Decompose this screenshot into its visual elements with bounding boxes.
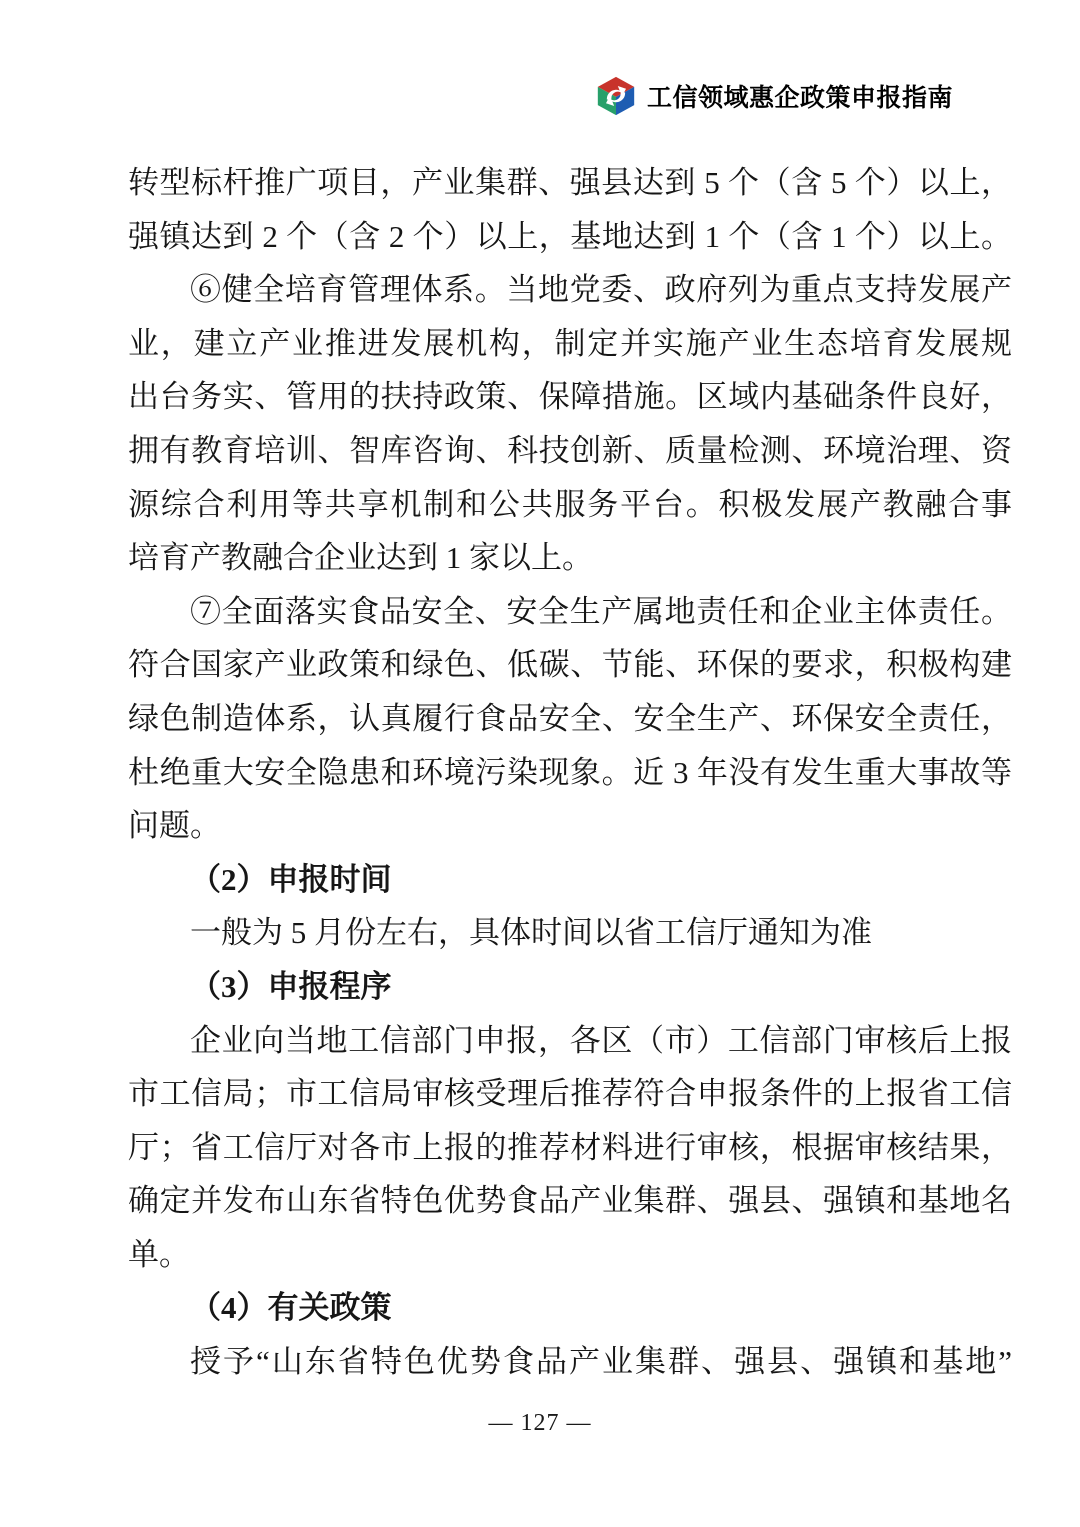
- text-line: 市工信局；市工信局审核受理后推荐符合申报条件的上报省工信: [128, 1067, 1012, 1121]
- text-line: 拥有教育培训、智库咨询、科技创新、质量检测、环境治理、资: [128, 424, 1012, 478]
- document-body: 转型标杆推广项目，产业集群、强县达到 5 个（含 5 个）以上，强镇达到 2 个…: [128, 156, 1012, 1389]
- text-line: 转型标杆推广项目，产业集群、强县达到 5 个（含 5 个）以上，: [128, 156, 1012, 210]
- text-line: 符合国家产业政策和绿色、低碳、节能、环保的要求，积极构建: [128, 638, 1012, 692]
- page-number: — 127 —: [489, 1410, 592, 1436]
- text-line: 出台务实、管用的扶持政策、保障措施。区域内基础条件良好，: [128, 370, 1012, 424]
- text-line: 单。: [128, 1228, 1012, 1282]
- text-line: 强镇达到 2 个（含 2 个）以上，基地达到 1 个（含 1 个）以上。: [128, 210, 1012, 264]
- text-line: ⑥健全培育管理体系。当地党委、政府列为重点支持发展产: [128, 263, 1012, 317]
- text-line: 杜绝重大安全隐患和环境污染现象。近 3 年没有发生重大事故等: [128, 746, 1012, 800]
- text-line: 绿色制造体系，认真履行食品安全、安全生产、环保安全责任，: [128, 692, 1012, 746]
- text-line: 企业向当地工信部门申报，各区（市）工信部门审核后上报: [128, 1014, 1012, 1068]
- document-page: 工信领域惠企政策申报指南 转型标杆推广项目，产业集群、强县达到 5 个（含 5 …: [0, 0, 1080, 1527]
- text-line: 授予“山东省特色优势食品产业集群、强县、强镇和基地”: [128, 1335, 1012, 1389]
- text-line: 问题。: [128, 799, 1012, 853]
- text-line: 确定并发布山东省特色优势食品产业集群、强县、强镇和基地名: [128, 1174, 1012, 1228]
- page-footer: — 127 —: [0, 1410, 1080, 1437]
- text-line: 培育产教融合企业达到 1 家以上。: [128, 531, 1012, 585]
- section-heading: （2）申报时间: [128, 853, 1012, 907]
- header-title: 工信领域惠企政策申报指南: [647, 78, 953, 114]
- section-heading: （3）申报程序: [128, 960, 1012, 1014]
- text-line: 一般为 5 月份左右，具体时间以省工信厅通知为准: [128, 906, 1012, 960]
- text-line: ⑦全面落实食品安全、安全生产属地责任和企业主体责任。: [128, 585, 1012, 639]
- text-line: 业，建立产业推进发展机构，制定并实施产业生态培育发展规划，: [128, 317, 1012, 371]
- miit-hex-logo-icon: [594, 76, 638, 116]
- text-line: 源综合利用等共享机制和公共服务平台。积极发展产教融合事业，: [128, 478, 1012, 532]
- text-line: 厅；省工信厅对各市上报的推荐材料进行审核，根据审核结果，: [128, 1121, 1012, 1175]
- page-header: 工信领域惠企政策申报指南: [594, 76, 953, 116]
- section-heading: （4）有关政策: [128, 1281, 1012, 1335]
